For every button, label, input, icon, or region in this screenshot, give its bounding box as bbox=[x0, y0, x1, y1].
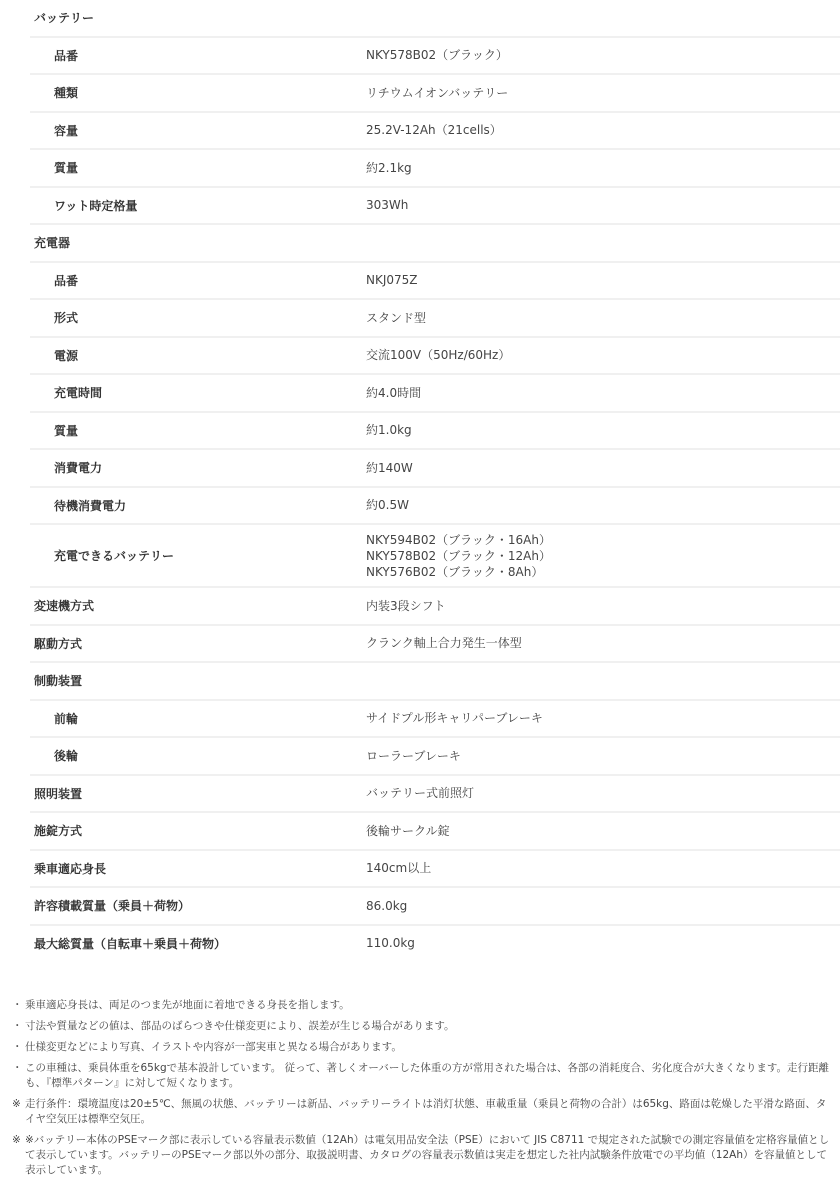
spec-label: 施錠方式 bbox=[30, 822, 366, 839]
spec-value: 303Wh bbox=[366, 197, 840, 213]
spec-row-power-consumption: 消費電力 約140W bbox=[30, 450, 840, 488]
spec-label: 容量 bbox=[30, 122, 366, 139]
bullet-mark: ・ bbox=[12, 1019, 25, 1034]
spec-label: 消費電力 bbox=[30, 459, 366, 476]
footnote-text: 仕様変更などにより写真、イラストや内容が一部実車と異なる場合があります。 bbox=[25, 1040, 832, 1055]
spec-value: 後輪サークル錠 bbox=[366, 823, 840, 839]
spec-label: 充電できるバッテリー bbox=[30, 547, 366, 564]
spec-row-front-brake: 前輪 サイドプル形キャリパーブレーキ bbox=[30, 701, 840, 739]
spec-label: 乗車適応身長 bbox=[30, 860, 366, 877]
footnote-text: この車種は、乗員体重を65kgで基本設計しています。 従って、著しくオーバーした… bbox=[25, 1061, 832, 1091]
spec-row-lighting: 照明装置 バッテリー式前照灯 bbox=[30, 776, 840, 814]
spec-label: 品番 bbox=[30, 47, 366, 64]
spec-value: 内装3段シフト bbox=[366, 598, 840, 614]
spec-row-charger-model: 品番 NKJ075Z bbox=[30, 263, 840, 301]
bullet-mark: ・ bbox=[12, 998, 25, 1013]
spec-value: クランク軸上合力発生一体型 bbox=[366, 635, 840, 651]
footnote: ・ この車種は、乗員体重を65kgで基本設計しています。 従って、著しくオーバー… bbox=[12, 1061, 832, 1091]
footnote-text: 走行条件：環境温度は20±5℃、無風の状態、バッテリーは新品、バッテリーライトは… bbox=[25, 1097, 832, 1127]
spec-value: 86.0kg bbox=[366, 898, 840, 914]
spec-value-list: NKY594B02（ブラック・16Ah） NKY578B02（ブラック・12Ah… bbox=[366, 532, 840, 580]
spec-row-brake-section: 制動装置 bbox=[30, 663, 840, 701]
spec-row-standby-power: 待機消費電力 約0.5W bbox=[30, 488, 840, 526]
spec-row-charger-power-source: 電源 交流100V（50Hz/60Hz） bbox=[30, 338, 840, 376]
spec-label: 充電時間 bbox=[30, 384, 366, 401]
spec-value: サイドプル形キャリパーブレーキ bbox=[366, 710, 840, 726]
footnote: ※ ※バッテリー本体のPSEマーク部に表示している容量表示数値（12Ah）は電気… bbox=[12, 1133, 832, 1178]
footnote-text: 寸法や質量などの値は、部品のばらつきや仕様変更により、誤差が生じる場合があります… bbox=[25, 1019, 832, 1034]
spec-label: 前輪 bbox=[30, 710, 366, 727]
spec-value: リチウムイオンバッテリー bbox=[366, 85, 840, 101]
footnote-text: ※バッテリー本体のPSEマーク部に表示している容量表示数値（12Ah）は電気用品… bbox=[25, 1133, 832, 1178]
spec-label: 駆動方式 bbox=[30, 635, 366, 652]
spec-label: 電源 bbox=[30, 347, 366, 364]
spec-label: 最大総質量（自転車＋乗員＋荷物） bbox=[30, 935, 366, 952]
spec-row-battery-weight: 質量 約2.1kg bbox=[30, 150, 840, 188]
spec-value: 約140W bbox=[366, 460, 840, 476]
spec-row-battery-model: 品番 NKY578B02（ブラック） bbox=[30, 38, 840, 76]
spec-label: 許容積載質量（乗員＋荷物） bbox=[30, 897, 366, 914]
bullet-mark: ・ bbox=[12, 1061, 25, 1091]
spec-label: 変速機方式 bbox=[30, 597, 366, 614]
spec-row-battery-section: バッテリー bbox=[30, 0, 840, 38]
spec-row-battery-watt-hours: ワット時定格量 303Wh bbox=[30, 188, 840, 226]
compatible-battery-item: NKY594B02（ブラック・16Ah） bbox=[366, 532, 840, 548]
spec-value: 約0.5W bbox=[366, 497, 840, 513]
footnote-text: 乗車適応身長は、両足のつま先が地面に着地できる身長を指します。 bbox=[25, 998, 832, 1013]
spec-value: 110.0kg bbox=[366, 935, 840, 951]
spec-label: 充電器 bbox=[30, 234, 366, 251]
spec-value: バッテリー式前照灯 bbox=[366, 785, 840, 801]
spec-value: スタンド型 bbox=[366, 310, 840, 326]
spec-row-compatible-batteries: 充電できるバッテリー NKY594B02（ブラック・16Ah） NKY578B0… bbox=[30, 525, 840, 588]
spec-row-charger-form: 形式 スタンド型 bbox=[30, 300, 840, 338]
spec-value: ローラーブレーキ bbox=[366, 748, 840, 764]
footnote: ・ 寸法や質量などの値は、部品のばらつきや仕様変更により、誤差が生じる場合があり… bbox=[12, 1019, 832, 1034]
spec-value: 25.2V-12Ah（21cells） bbox=[366, 122, 840, 138]
spec-value: 約1.0kg bbox=[366, 422, 840, 438]
spec-label: 照明装置 bbox=[30, 785, 366, 802]
reference-mark: ※ bbox=[12, 1133, 25, 1178]
spec-label: 後輪 bbox=[30, 747, 366, 764]
bullet-mark: ・ bbox=[12, 1040, 25, 1055]
footnotes: ・ 乗車適応身長は、両足のつま先が地面に着地できる身長を指します。 ・ 寸法や質… bbox=[12, 998, 832, 1184]
spec-row-max-load: 許容積載質量（乗員＋荷物） 86.0kg bbox=[30, 888, 840, 926]
footnote: ・ 仕様変更などにより写真、イラストや内容が一部実車と異なる場合があります。 bbox=[12, 1040, 832, 1055]
spec-row-transmission: 変速機方式 内装3段シフト bbox=[30, 588, 840, 626]
spec-label: 質量 bbox=[30, 422, 366, 439]
spec-label: ワット時定格量 bbox=[30, 197, 366, 214]
spec-row-battery-capacity: 容量 25.2V-12Ah（21cells） bbox=[30, 113, 840, 151]
spec-label: 制動装置 bbox=[30, 672, 366, 689]
spec-table: バッテリー 品番 NKY578B02（ブラック） 種類 リチウムイオンバッテリー… bbox=[30, 0, 840, 961]
spec-row-battery-type: 種類 リチウムイオンバッテリー bbox=[30, 75, 840, 113]
spec-value: NKJ075Z bbox=[366, 272, 840, 288]
footnote: ・ 乗車適応身長は、両足のつま先が地面に着地できる身長を指します。 bbox=[12, 998, 832, 1013]
spec-row-drive-system: 駆動方式 クランク軸上合力発生一体型 bbox=[30, 626, 840, 664]
spec-row-max-total-weight: 最大総質量（自転車＋乗員＋荷物） 110.0kg bbox=[30, 926, 840, 962]
spec-value: 140cm以上 bbox=[366, 860, 840, 876]
spec-row-lock: 施錠方式 後輪サークル錠 bbox=[30, 813, 840, 851]
spec-row-charger-weight: 質量 約1.0kg bbox=[30, 413, 840, 451]
spec-row-charger-section: 充電器 bbox=[30, 225, 840, 263]
spec-label: 質量 bbox=[30, 159, 366, 176]
spec-value: 約4.0時間 bbox=[366, 385, 840, 401]
footnote: ※ 走行条件：環境温度は20±5℃、無風の状態、バッテリーは新品、バッテリーライ… bbox=[12, 1097, 832, 1127]
spec-value: 交流100V（50Hz/60Hz） bbox=[366, 347, 840, 363]
compatible-battery-item: NKY578B02（ブラック・12Ah） bbox=[366, 548, 840, 564]
spec-label: 種類 bbox=[30, 84, 366, 101]
spec-label: 品番 bbox=[30, 272, 366, 289]
spec-label: バッテリー bbox=[30, 9, 366, 26]
reference-mark: ※ bbox=[12, 1097, 25, 1127]
compatible-battery-item: NKY576B02（ブラック・8Ah） bbox=[366, 564, 840, 580]
spec-row-rear-brake: 後輪 ローラーブレーキ bbox=[30, 738, 840, 776]
spec-value: NKY578B02（ブラック） bbox=[366, 47, 840, 63]
spec-row-rider-height: 乗車適応身長 140cm以上 bbox=[30, 851, 840, 889]
spec-label: 形式 bbox=[30, 309, 366, 326]
spec-value: 約2.1kg bbox=[366, 160, 840, 176]
spec-row-charging-time: 充電時間 約4.0時間 bbox=[30, 375, 840, 413]
spec-label: 待機消費電力 bbox=[30, 497, 366, 514]
